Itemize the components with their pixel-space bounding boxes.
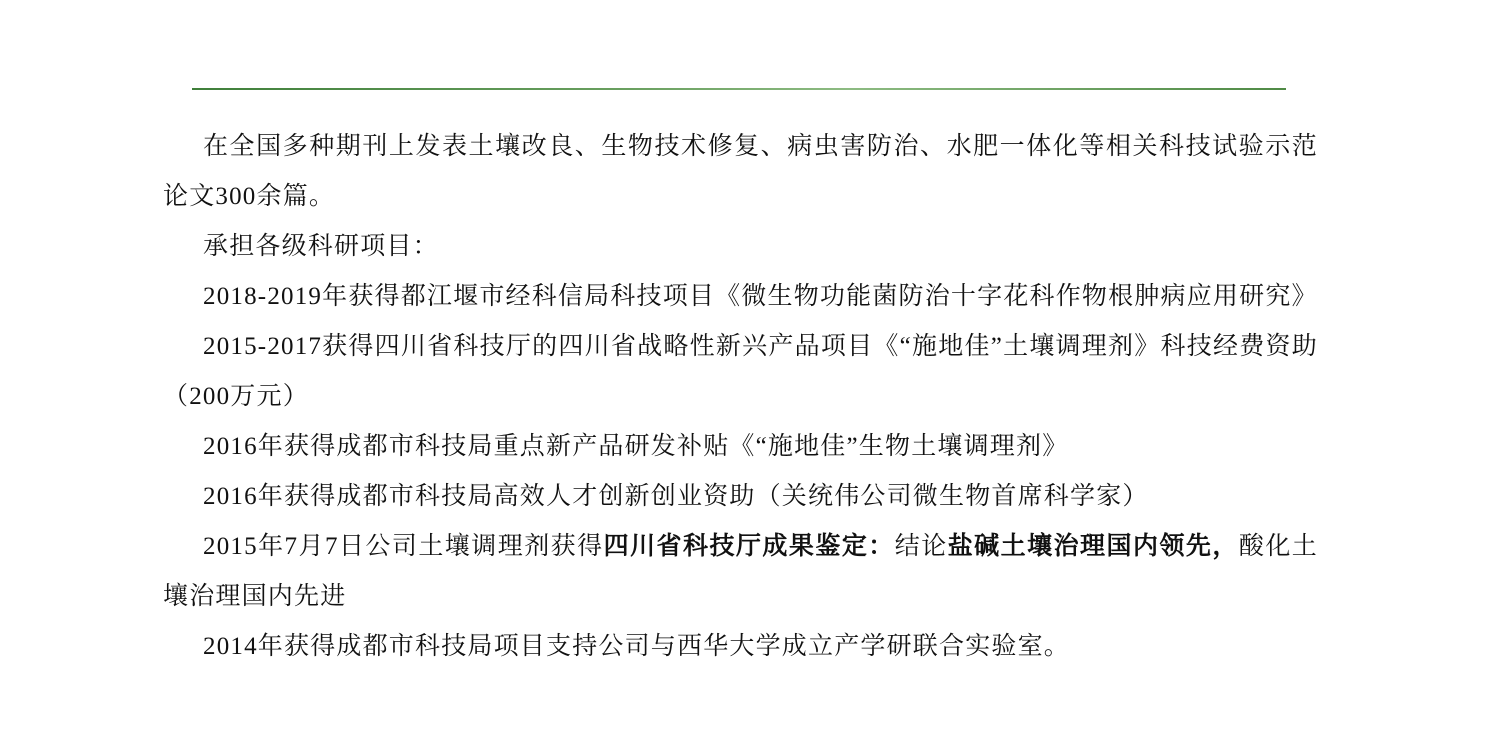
paragraph-project-2018: 2018-2019年获得都江堰市经科信局科技项目《微生物功能菌防治十字花科作物根… [163,272,1318,322]
paragraph-projects-heading: 承担各级科研项目： [163,222,1318,272]
header-divider [192,88,1286,90]
document-body: 在全国多种期刊上发表土壤改良、生物技术修复、病虫害防治、水肥一体化等相关科技试验… [163,122,1318,672]
paragraph-project-2015-2017: 2015-2017获得四川省科技厅的四川省战略性新兴产品项目《“施地佳”土壤调理… [163,322,1318,422]
paragraph-publications: 在全国多种期刊上发表土壤改良、生物技术修复、病虫害防治、水肥一体化等相关科技试验… [163,122,1318,222]
paragraph-lab-2014: 2014年获得成都市科技局项目支持公司与西华大学成立产学研联合实验室。 [163,622,1318,672]
appraisal-conclusion: 盐碱土壤治理国内领先， [948,533,1239,560]
paragraph-appraisal-2015: 2015年7月7日公司土壤调理剂获得四川省科技厅成果鉴定：结论盐碱土壤治理国内领… [163,522,1318,622]
appraisal-text-1: 2015年7月7日公司土壤调理剂获得 [203,533,604,560]
paragraph-project-2016-subsidy: 2016年获得成都市科技局重点新产品研发补贴《“施地佳”生物土壤调理剂》 [163,422,1318,472]
paragraph-project-2016-talent: 2016年获得成都市科技局高效人才创新创业资助（关统伟公司微生物首席科学家） [163,472,1318,522]
appraisal-authority: 四川省科技厅成果鉴定： [604,533,895,560]
appraisal-text-2: 结论 [895,533,948,560]
